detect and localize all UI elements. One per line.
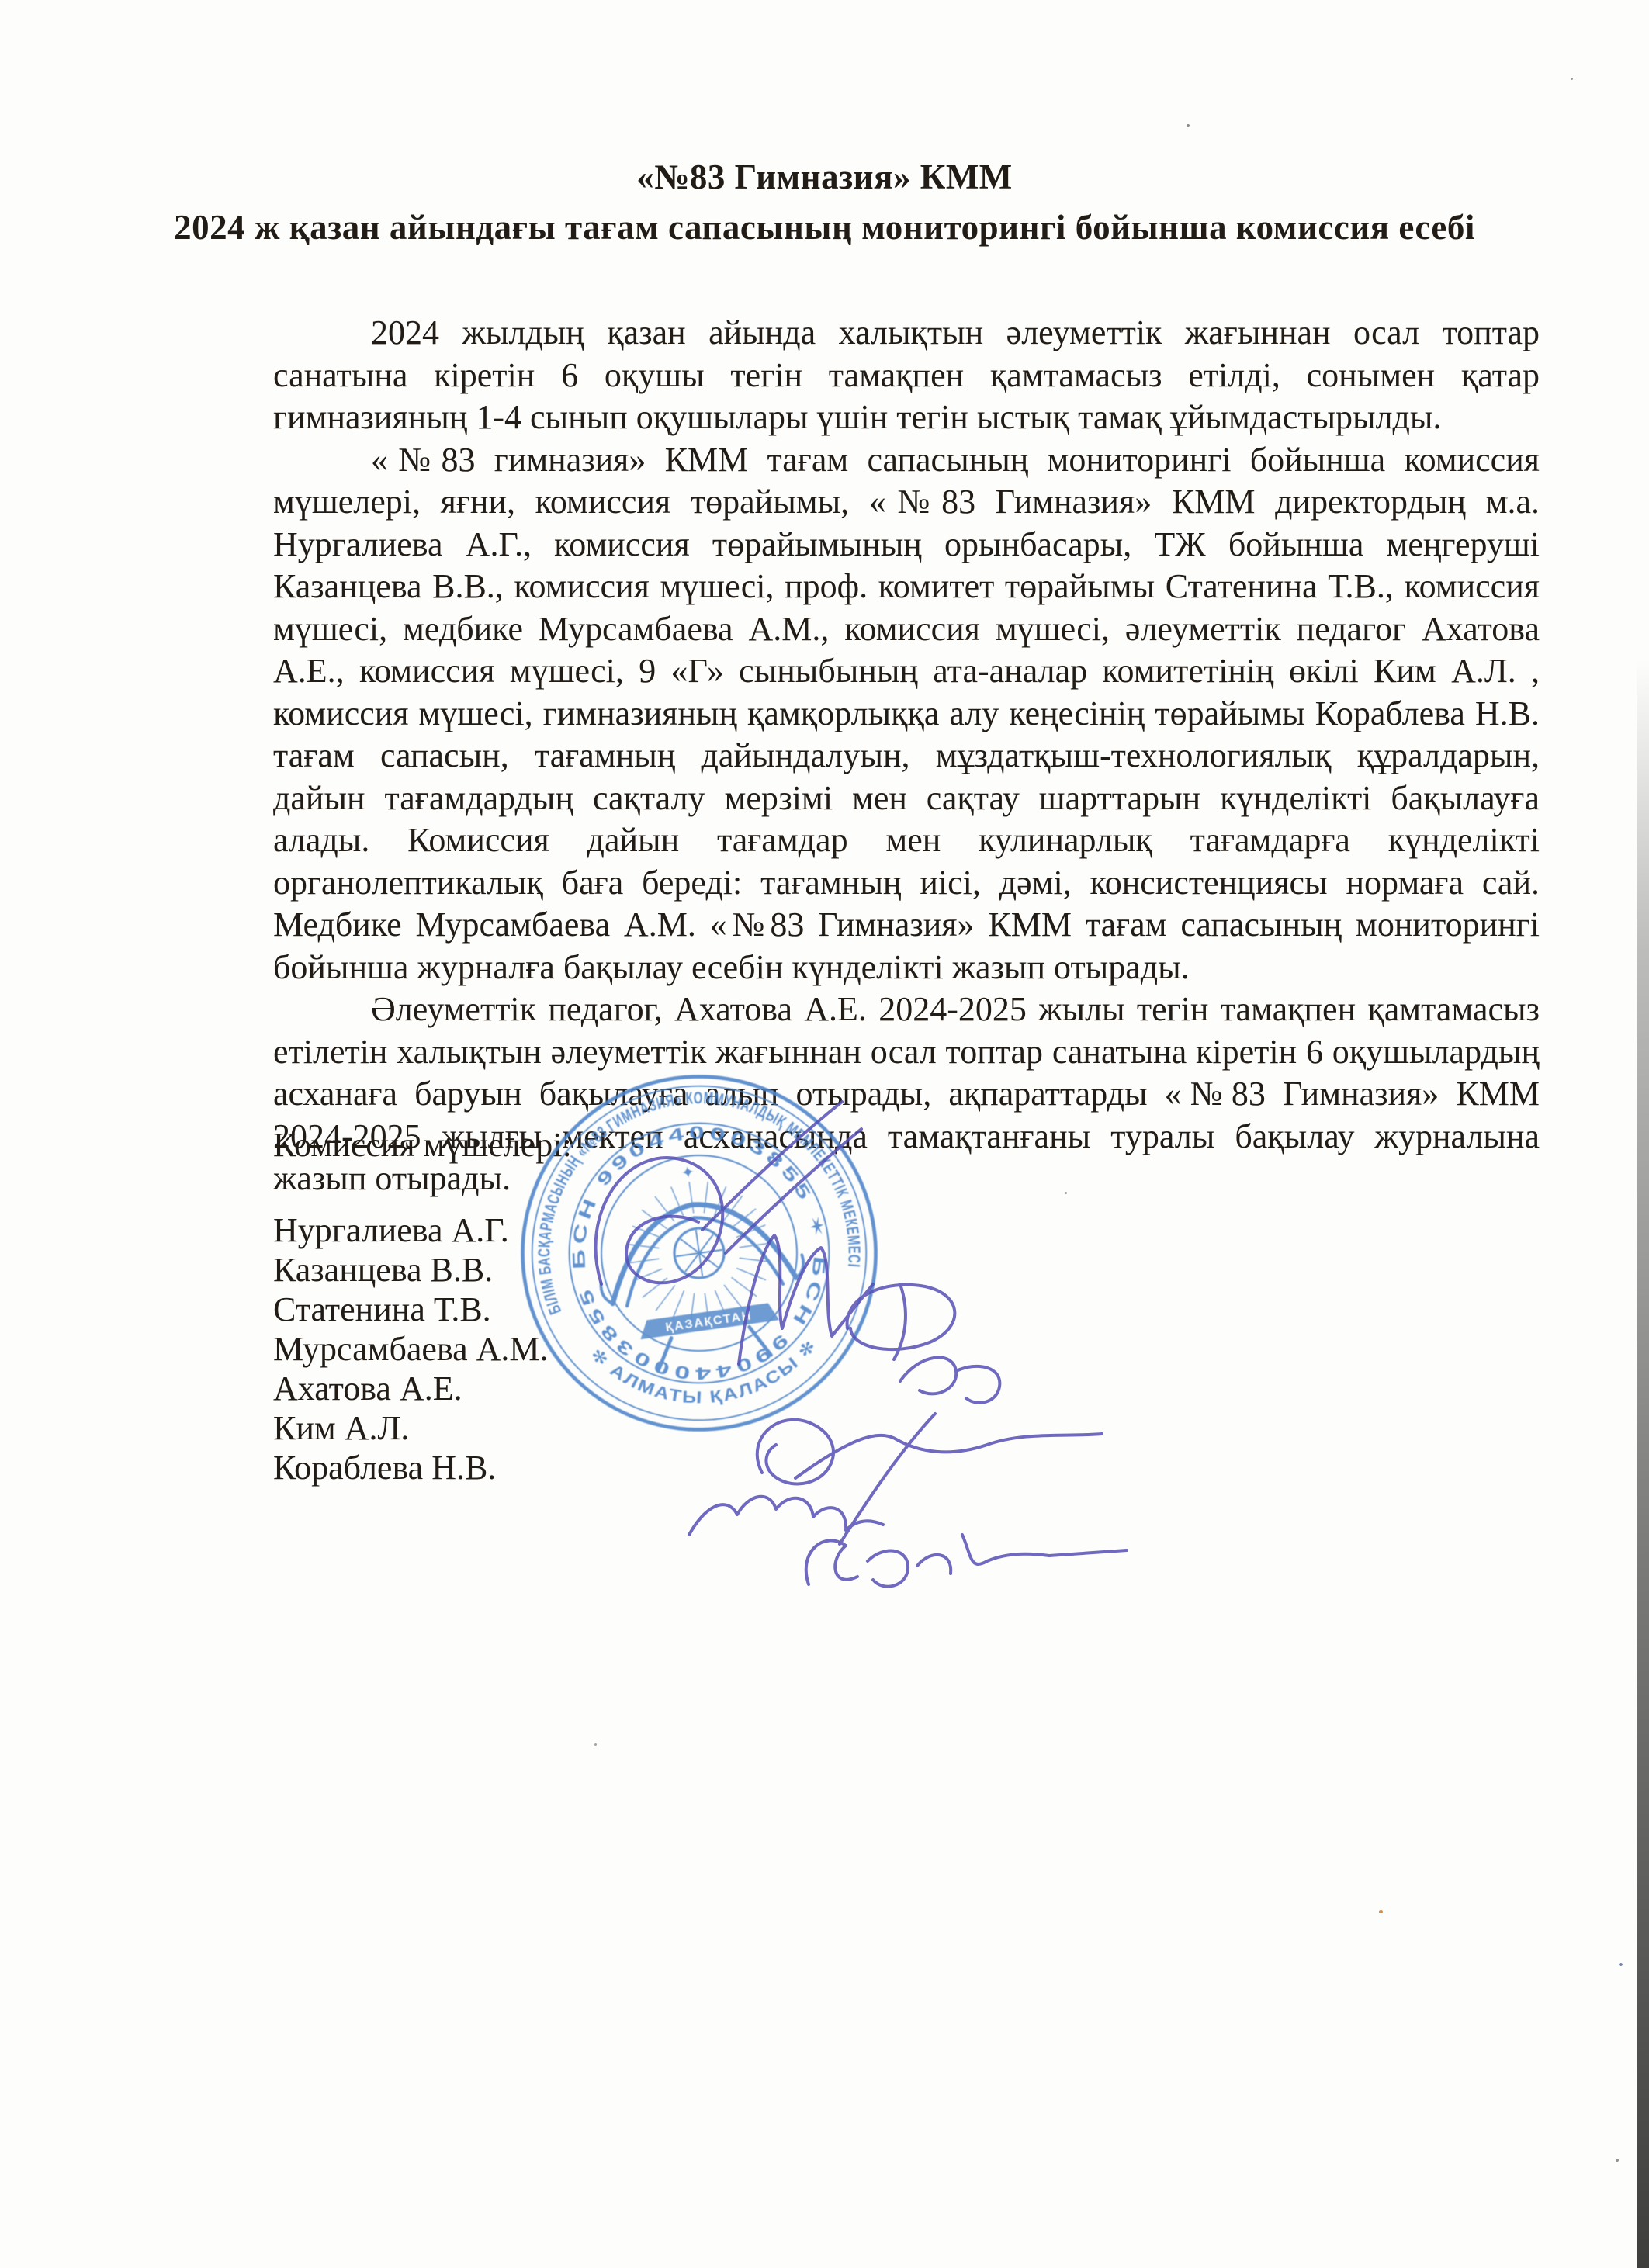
scan-speck (1065, 1192, 1067, 1194)
signature-nurgalieva (595, 1102, 861, 1284)
signature-mursambaeva (900, 1357, 999, 1402)
scanner-edge-shadow (1637, 660, 1649, 2268)
signature-akhatova (757, 1414, 1102, 1544)
scan-speck (1571, 78, 1573, 80)
scan-speck (1187, 124, 1190, 127)
signatures-ink-layer (0, 0, 1649, 2268)
scan-speck (1619, 1963, 1623, 1966)
signature-kim (689, 1497, 883, 1535)
signature-statenina (847, 1284, 955, 1359)
scan-speck (1379, 1910, 1383, 1913)
scan-speck (1505, 497, 1508, 499)
scanned-report-page: «№83 Гимназия» КММ 2024 ж қазан айындағы… (0, 0, 1649, 2268)
signature-kazantseva (739, 1235, 873, 1364)
signature-korableva (806, 1535, 1127, 1587)
scan-speck (594, 1743, 597, 1746)
scan-speck (1616, 2159, 1619, 2162)
